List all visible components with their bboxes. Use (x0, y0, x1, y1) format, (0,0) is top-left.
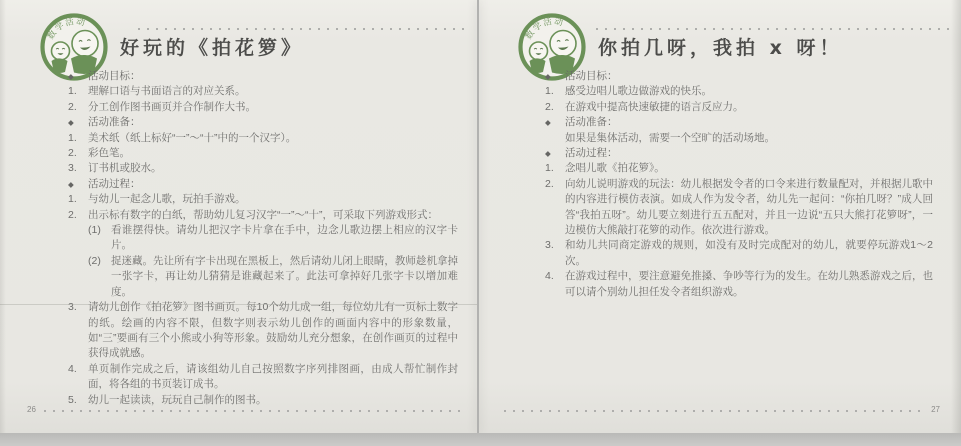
item-text: 如果是集体活动，需要一个空旷的活动场地。 (565, 131, 933, 146)
item-text: 单页制作完成之后，请该组幼儿自己按照数字序列排图画，由成人帮忙制作封面，将各组的… (88, 362, 458, 393)
diamond-bullet-icon: ◆ (68, 115, 88, 130)
item-number (545, 131, 565, 146)
list-item: 2.向幼儿说明游戏的玩法：幼儿根据发令者的口令来进行数量配对，并根据儿歌中的内容… (545, 177, 933, 239)
page-title: 你拍几呀，我拍 x 呀！ (598, 33, 843, 60)
item-number: 2. (68, 208, 88, 223)
page-gutter (477, 0, 479, 433)
dotted-leader-bottom (44, 410, 462, 412)
list-item: 2.分工创作图书画页并合作制作大书。 (68, 100, 458, 115)
item-number: (2) (88, 254, 111, 300)
item-number: 3. (68, 300, 88, 362)
sub-list-item: (2)捉迷藏。先让所有字卡出现在黑板上，然后请幼儿闭上眼睛，教师趁机拿掉一张字卡… (68, 254, 458, 300)
item-number: 1. (68, 84, 88, 99)
item-text: 分工创作图书画页并合作制作大书。 (88, 100, 458, 115)
section-header-row: ◆活动过程： (68, 177, 458, 192)
item-number: 1. (68, 131, 88, 146)
list-item: 3.和幼儿共同商定游戏的规则，如没有及时完成配对的幼儿，就要停玩游戏1～2次。 (545, 238, 933, 269)
section-header-row: ◆活动过程： (545, 146, 933, 161)
item-text: 在游戏中提高快速敏捷的语言反应力。 (565, 100, 933, 115)
list-item: 4.单页制作完成之后，请该组幼儿自己按照数字序列排图画，由成人帮忙制作封面，将各… (68, 362, 458, 393)
page-body: ◆活动目标：1.感受边唱儿歌边做游戏的快乐。2.在游戏中提高快速敏捷的语言反应力… (545, 69, 933, 300)
list-item: 3.请幼儿创作《拍花箩》图书画页。每10个幼儿成一组，每位幼儿有一页标上数字的纸… (68, 300, 458, 362)
section-header-row: ◆活动目标： (545, 69, 933, 84)
page-number: 26 (27, 405, 36, 414)
section-header-row: ◆活动准备： (68, 115, 458, 130)
item-text: 理解口语与书面语言的对应关系。 (88, 84, 458, 99)
item-text: 美术纸（纸上标好“一”～“十”中的一个汉字）。 (88, 131, 458, 146)
note-line: 如果是集体活动，需要一个空旷的活动场地。 (545, 131, 933, 146)
item-text: 订书机或胶水。 (88, 161, 458, 176)
item-number: 3. (68, 161, 88, 176)
scan-fold-line (0, 304, 477, 305)
page-title: 好玩的《拍花箩》 (120, 33, 304, 60)
item-number: 1. (545, 161, 565, 176)
list-item: 4.在游戏过程中，要注意避免推搡、争吵等行为的发生。在幼儿熟悉游戏之后，也可以请… (545, 269, 933, 300)
list-item: 3.订书机或胶水。 (68, 161, 458, 176)
list-item: 1.感受边唱儿歌边做游戏的快乐。 (545, 84, 933, 99)
sub-list-item: (1)看谁摆得快。请幼儿把汉字卡片拿在手中，边念儿歌边摆上相应的汉字卡片。 (68, 223, 458, 254)
section-title: 活动过程： (88, 177, 458, 192)
list-item: 2.出示标有数字的白纸，帮助幼儿复习汉字“一”～“十”，可采取下列游戏形式： (68, 208, 458, 223)
item-text: 与幼儿一起念儿歌，玩拍手游戏。 (88, 192, 458, 207)
section-header-row: ◆活动目标： (68, 69, 458, 84)
list-item: 1.念唱儿歌《拍花箩》。 (545, 161, 933, 176)
item-number: 2. (545, 177, 565, 239)
scanner-bed-strip (0, 433, 961, 446)
adult-face (549, 31, 576, 75)
section-title: 活动目标： (565, 69, 933, 84)
item-number: 1. (68, 192, 88, 207)
item-text: 和幼儿共同商定游戏的规则，如没有及时完成配对的幼儿，就要停玩游戏1～2次。 (565, 238, 933, 269)
book-spread: 数学活动 好玩的《拍花箩》 ◆活动目标：1.理解口语与书面语言的对应关系。2.分… (0, 0, 961, 433)
list-item: 2.彩色笔。 (68, 146, 458, 161)
page-body: ◆活动目标：1.理解口语与书面语言的对应关系。2.分工创作图书画页并合作制作大书… (68, 69, 458, 408)
item-number: 2. (68, 100, 88, 115)
adult-face (71, 31, 98, 75)
dotted-leader-bottom (504, 410, 923, 412)
section-title: 活动准备： (565, 115, 933, 130)
item-text: 幼儿一起读读，玩玩自己制作的图书。 (88, 393, 458, 408)
item-number: (1) (88, 223, 111, 254)
list-item: 1.美术纸（纸上标好“一”～“十”中的一个汉字）。 (68, 131, 458, 146)
diamond-bullet-icon: ◆ (68, 69, 88, 84)
section-header-row: ◆活动准备： (545, 115, 933, 130)
item-text: 在游戏过程中，要注意避免推搡、争吵等行为的发生。在幼儿熟悉游戏之后，也可以请个别… (565, 269, 933, 300)
list-item: 1.理解口语与书面语言的对应关系。 (68, 84, 458, 99)
diamond-bullet-icon: ◆ (545, 69, 565, 84)
page-left: 数学活动 好玩的《拍花箩》 ◆活动目标：1.理解口语与书面语言的对应关系。2.分… (0, 0, 478, 433)
section-title: 活动目标： (88, 69, 458, 84)
item-number: 5. (68, 393, 88, 408)
item-number: 2. (545, 100, 565, 115)
item-text: 看谁摆得快。请幼儿把汉字卡片拿在手中，边念儿歌边摆上相应的汉字卡片。 (111, 223, 458, 254)
item-number: 4. (545, 269, 565, 300)
list-item: 2.在游戏中提高快速敏捷的语言反应力。 (545, 100, 933, 115)
section-title: 活动过程： (565, 146, 933, 161)
item-text: 捉迷藏。先让所有字卡出现在黑板上，然后请幼儿闭上眼睛，教师趁机拿掉一张字卡，再让… (111, 254, 458, 300)
item-number: 4. (68, 362, 88, 393)
page-right: 数学活动 你拍几呀，我拍 x 呀！ ◆活动目标：1.感受边唱儿歌边做游戏的快乐。… (478, 0, 961, 433)
item-text: 念唱儿歌《拍花箩》。 (565, 161, 933, 176)
left-edge-shadow (0, 0, 6, 433)
diamond-bullet-icon: ◆ (68, 177, 88, 192)
section-title: 活动准备： (88, 115, 458, 130)
item-text: 感受边唱儿歌边做游戏的快乐。 (565, 84, 933, 99)
item-number: 3. (545, 238, 565, 269)
item-text: 出示标有数字的白纸，帮助幼儿复习汉字“一”～“十”，可采取下列游戏形式： (88, 208, 458, 223)
list-item: 5.幼儿一起读读，玩玩自己制作的图书。 (68, 393, 458, 408)
right-edge-shadow (951, 0, 961, 433)
item-number: 2. (68, 146, 88, 161)
item-text: 请幼儿创作《拍花箩》图书画页。每10个幼儿成一组，每位幼儿有一页标上数字的纸。绘… (88, 300, 458, 362)
page-number: 27 (931, 405, 940, 414)
diamond-bullet-icon: ◆ (545, 115, 565, 130)
diamond-bullet-icon: ◆ (545, 146, 565, 161)
list-item: 1.与幼儿一起念儿歌，玩拍手游戏。 (68, 192, 458, 207)
item-text: 彩色笔。 (88, 146, 458, 161)
item-text: 向幼儿说明游戏的玩法：幼儿根据发令者的口令来进行数量配对，并根据儿歌中的内容进行… (565, 177, 933, 239)
item-number: 1. (545, 84, 565, 99)
dotted-leader-top (138, 28, 466, 30)
dotted-leader-top (596, 28, 951, 30)
